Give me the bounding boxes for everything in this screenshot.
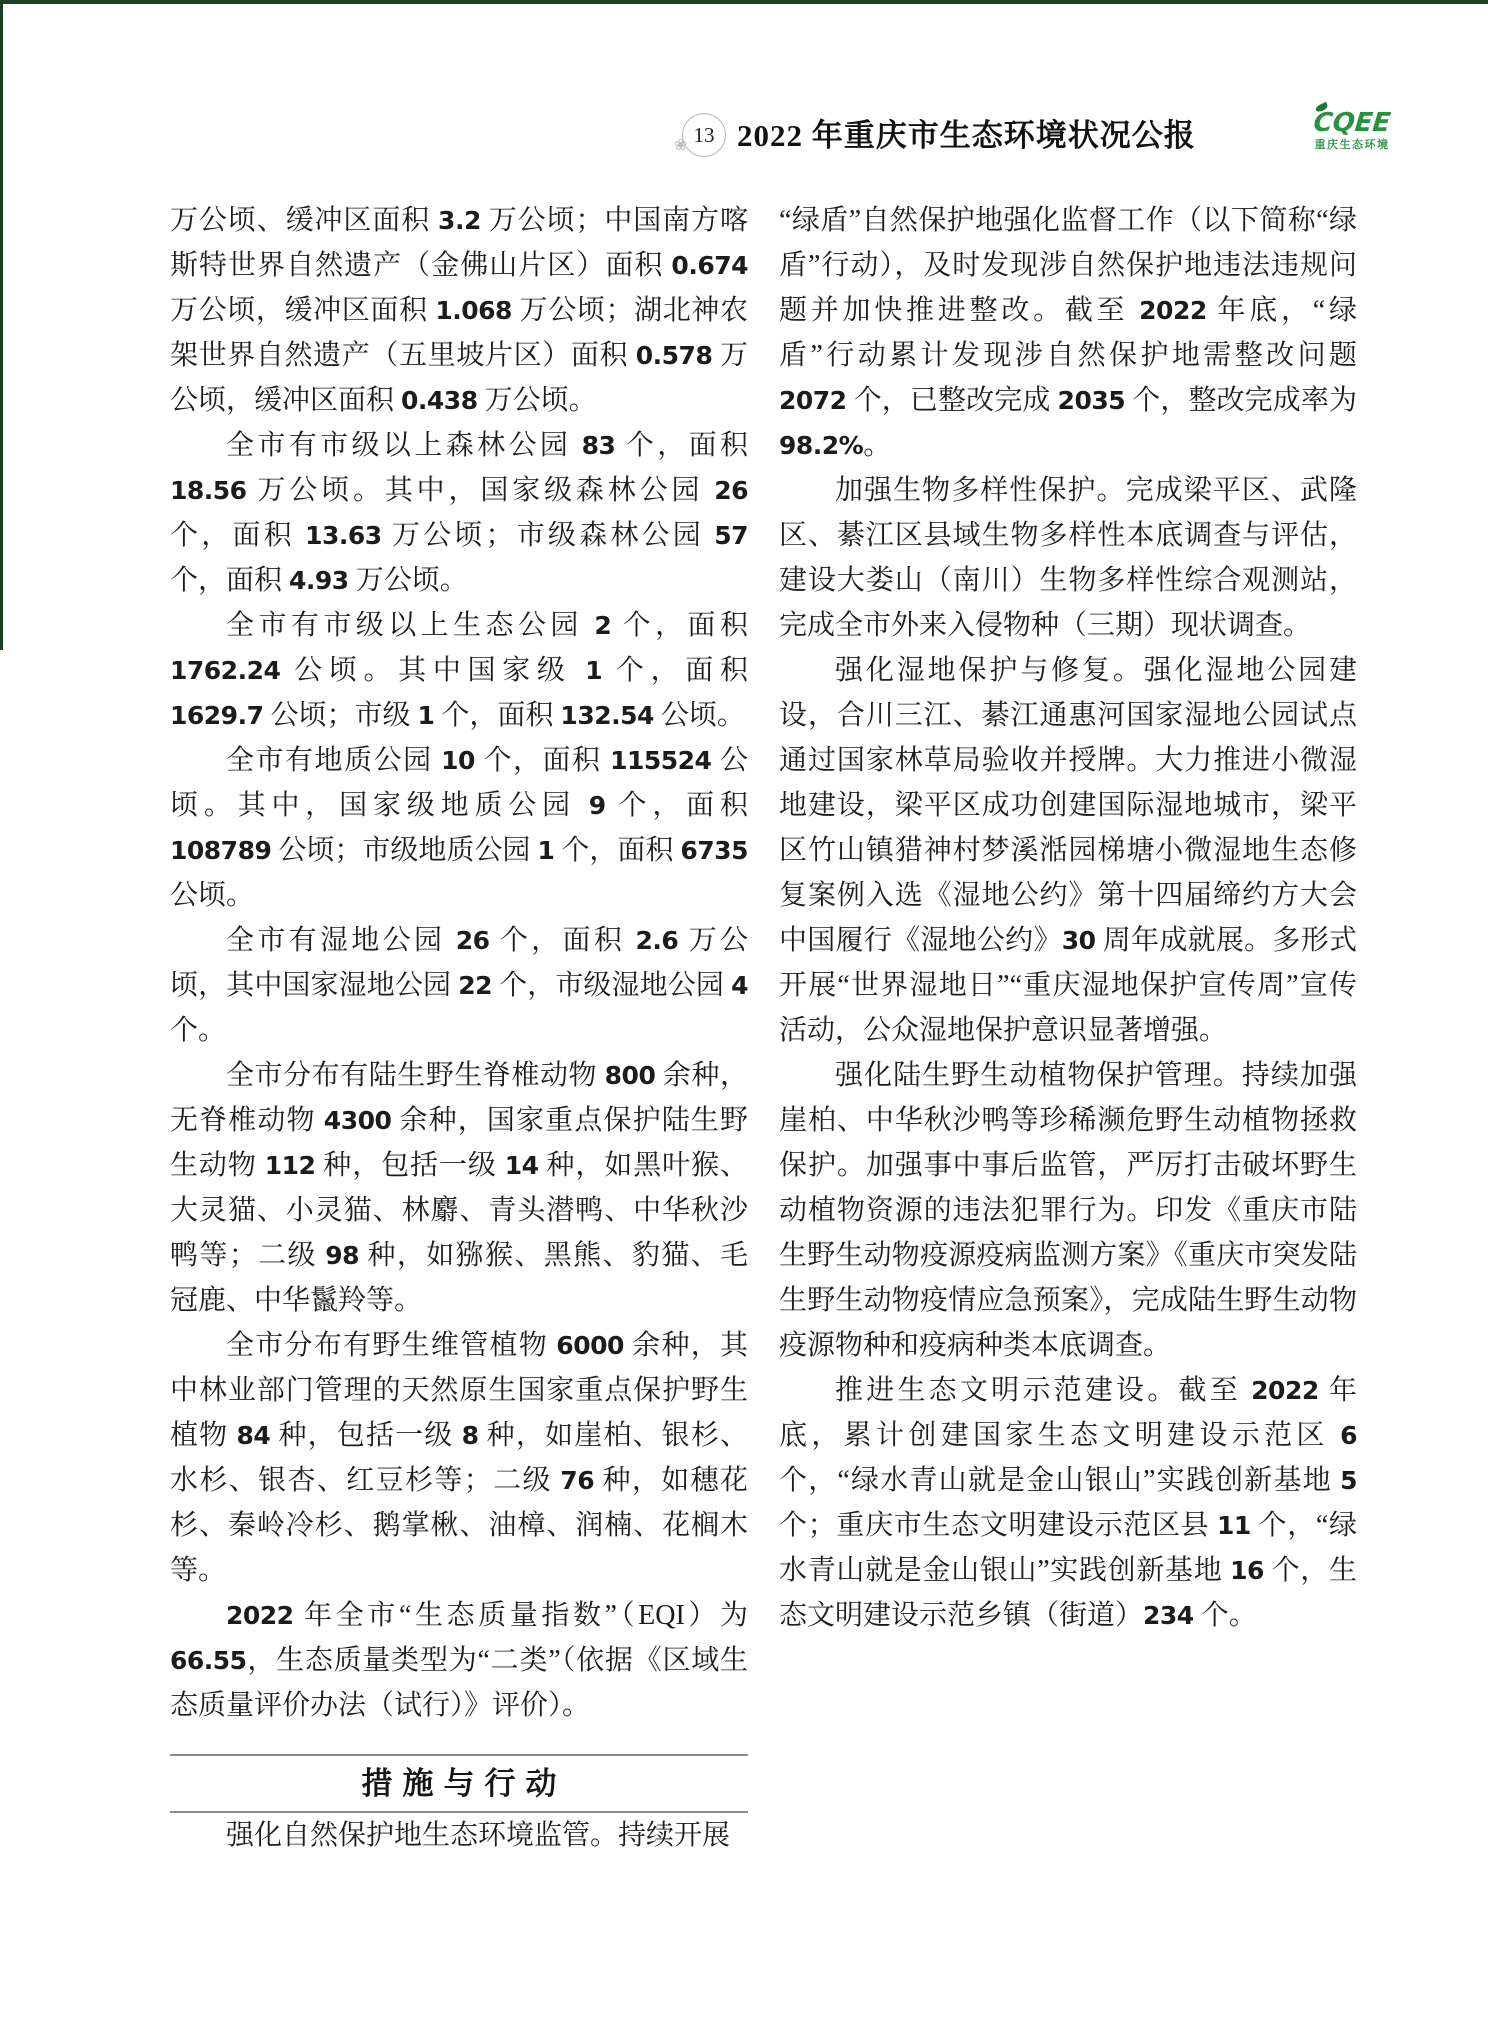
logo-brand: CQEE (1304, 108, 1399, 138)
body-right-column: “绿盾”自然保护地强化监督工作（以下简称“绿盾”行动），及时发现涉自然保护地违法… (779, 198, 1357, 1638)
paragraph: 万公顷、缓冲区面积 3.2 万公顷；中国南方喀斯特世界自然遗产（金佛山片区）面积… (170, 198, 748, 423)
paragraph: 全市分布有陆生野生脊椎动物 800 余种，无脊椎动物 4300 余种，国家重点保… (170, 1053, 748, 1323)
paragraph: “绿盾”自然保护地强化监督工作（以下简称“绿盾”行动），及时发现涉自然保护地违法… (779, 198, 1357, 468)
paragraph: 加强生物多样性保护。完成梁平区、武隆区、綦江区县域生物多样性本底调查与评估，建设… (779, 468, 1357, 648)
page-top-border (0, 0, 1488, 4)
paragraph: 全市有市级以上生态公园 2 个，面积 1762.24 公顷。其中国家级 1 个，… (170, 603, 748, 738)
report-title: 2022 年重庆市生态环境状况公报 (737, 113, 1207, 159)
paragraph: 强化陆生野生动植物保护管理。持续加强崖柏、中华秋沙鸭等珍稀濒危野生动植物拯救保护… (779, 1053, 1357, 1368)
paragraph: 全市有湿地公园 26 个，面积 2.6 万公顷，其中国家湿地公园 22 个，市级… (170, 918, 748, 1053)
report-page: ❀ 13 2022 年重庆市生态环境状况公报 CQEE 重庆生态环境 万公顷、缓… (0, 0, 1488, 2019)
paragraph: 强化自然保护地生态环境监管。持续开展 (170, 1813, 748, 1858)
paragraph: 全市有市级以上森林公园 83 个，面积 18.56 万公顷。其中，国家级森林公园… (170, 423, 748, 603)
body-left-column: 万公顷、缓冲区面积 3.2 万公顷；中国南方喀斯特世界自然遗产（金佛山片区）面积… (170, 198, 748, 1858)
cqee-logo: CQEE 重庆生态环境 (1306, 108, 1398, 152)
page-number-badge: ❀ 13 (678, 111, 728, 161)
paragraph: 强化湿地保护与修复。强化湿地公园建设，合川三江、綦江通惠河国家湿地公园试点通过国… (779, 648, 1357, 1053)
paragraph: 推进生态文明示范建设。截至 2022 年底，累计创建国家生态文明建设示范区 6 … (779, 1368, 1357, 1638)
paragraph: 全市有地质公园 10 个，面积 115524 公顷。其中，国家级地质公园 9 个… (170, 738, 748, 918)
page-left-border (0, 0, 3, 650)
page-number: 13 (682, 113, 726, 157)
paragraph: 2022 年全市“生态质量指数”（EQI）为 66.55，生态质量类型为“二类”… (170, 1593, 748, 1728)
logo-subtitle: 重庆生态环境 (1306, 138, 1398, 152)
section-heading: 措施与行动 (170, 1754, 748, 1813)
paragraph: 全市分布有野生维管植物 6000 余种，其中林业部门管理的天然原生国家重点保护野… (170, 1323, 748, 1593)
